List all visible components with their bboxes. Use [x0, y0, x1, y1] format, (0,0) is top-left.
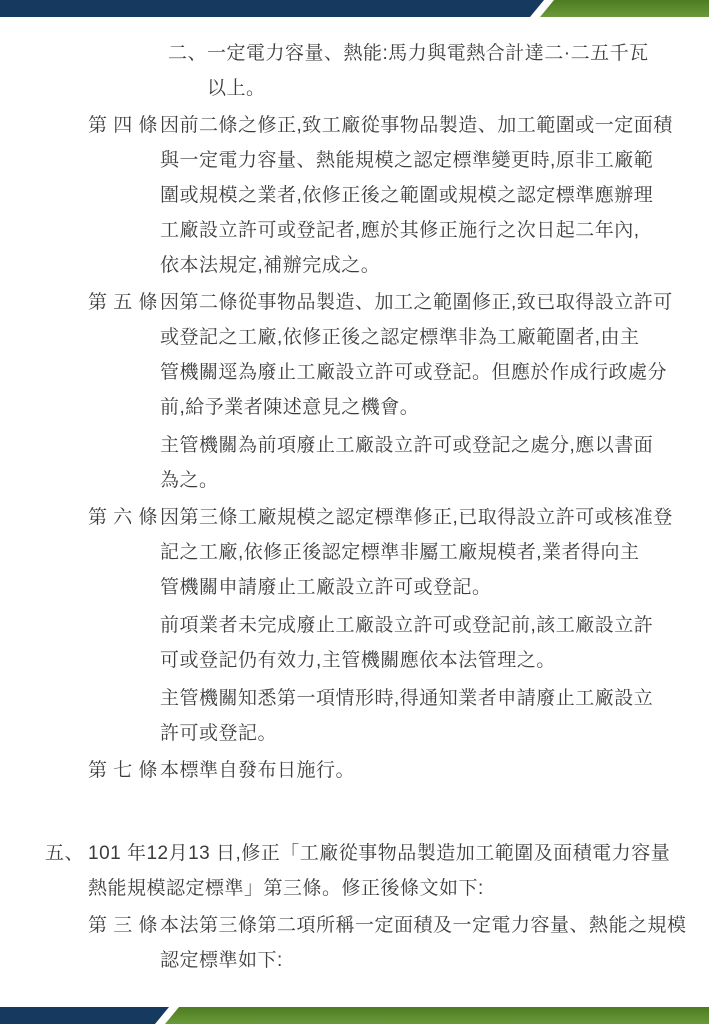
article-7-paragraph-1: 本標準自發布日施行。: [160, 753, 709, 788]
list-item-five-label: 五、: [45, 836, 88, 871]
list-item-two-label: 二、: [168, 36, 207, 71]
article-7: 第 七 條 本標準自發布日施行。: [0, 753, 709, 788]
document-page: 二、 一定電力容量、熱能:馬力與電熱合計達二·二五千瓦 以上。 第 四 條 因前…: [0, 0, 709, 1024]
article-5-paragraph-1: 因第二條從事物品製造、加工之範圍修正,致已取得設立許可 或登記之工廠,依修正後之…: [160, 285, 709, 425]
article-3-label: 第 三 條: [88, 908, 160, 943]
article-4: 第 四 條 因前二條之修正,致工廠從事物品製造、加工範圍或一定面積 與一定電力容…: [0, 108, 709, 283]
list-item-two: 二、 一定電力容量、熱能:馬力與電熱合計達二·二五千瓦 以上。: [0, 36, 709, 106]
article-7-label: 第 七 條: [88, 753, 160, 788]
list-item-five-text: 101 年12月13 日,修正「工廠從事物品製造加工範圍及面積電力容量 熱能規模…: [88, 836, 709, 906]
article-6-paragraph-3: 主管機關知悉第一項情形時,得通知業者申請廢止工廠設立 許可或登記。: [160, 681, 709, 751]
article-6-label: 第 六 條: [88, 500, 160, 535]
footer-decoration-bar: [0, 1007, 709, 1024]
article-5-paragraph-2: 主管機關為前項廢止工廠設立許可或登記之處分,應以書面 為之。: [160, 428, 709, 498]
article-5-label: 第 五 條: [88, 285, 160, 320]
article-6-paragraph-1: 因第三條工廠規模之認定標準修正,已取得設立許可或核准登 記之工廠,依修正後認定標…: [160, 500, 709, 605]
article-6-paragraph-2: 前項業者未完成廢止工廠設立許可或登記前,該工廠設立許 可或登記仍有效力,主管機關…: [160, 608, 709, 678]
header-decoration-bar: [0, 0, 709, 17]
list-item-two-text: 一定電力容量、熱能:馬力與電熱合計達二·二五千瓦 以上。: [207, 36, 709, 106]
article-3-paragraph-1: 本法第三條第二項所稱一定面積及一定電力容量、熱能之規模 認定標準如下:: [160, 908, 709, 978]
list-item-five: 五、 101 年12月13 日,修正「工廠從事物品製造加工範圍及面積電力容量 熱…: [0, 836, 709, 906]
article-4-label: 第 四 條: [88, 108, 160, 143]
article-4-paragraph-1: 因前二條之修正,致工廠從事物品製造、加工範圍或一定面積 與一定電力容量、熱能規模…: [160, 108, 709, 283]
article-6: 第 六 條 因第三條工廠規模之認定標準修正,已取得設立許可或核准登 記之工廠,依…: [0, 500, 709, 751]
article-5: 第 五 條 因第二條從事物品製造、加工之範圍修正,致已取得設立許可 或登記之工廠…: [0, 285, 709, 498]
article-3: 第 三 條 本法第三條第二項所稱一定面積及一定電力容量、熱能之規模 認定標準如下…: [0, 908, 709, 978]
document-body: 二、 一定電力容量、熱能:馬力與電熱合計達二·二五千瓦 以上。 第 四 條 因前…: [0, 36, 709, 978]
